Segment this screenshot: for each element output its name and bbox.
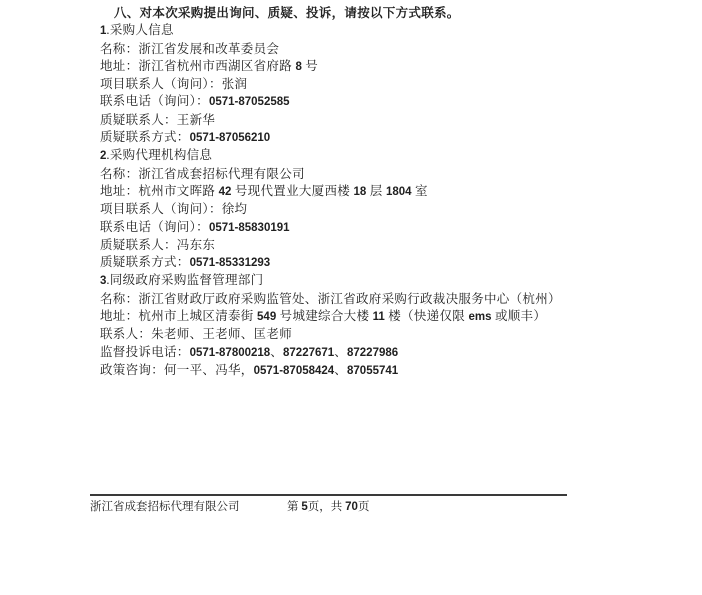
purchaser-project-contact: 项目联系人（询问）：张润 (100, 76, 575, 93)
complaint-phone: 监督投诉电话：0571-87800218、87227671、87227986 (100, 344, 575, 362)
agency-phone: 联系电话（询问）：0571-85830191 (100, 219, 575, 237)
document-page: 八、对本次采购提出询问、质疑、投诉，请按以下方式联系。 1.采购人信息 名称：浙… (0, 0, 702, 595)
purchaser-query-phone: 质疑联系方式：0571-87056210 (100, 129, 575, 147)
page-footer: 浙江省成套招标代理有限公司 第 5页，共 70页 (90, 499, 567, 515)
regulator-contacts: 联系人：朱老师、王老师、匡老师 (100, 326, 575, 343)
section-3-title: 3.同级政府采购监督管理部门 (100, 272, 575, 290)
footer-company-name: 浙江省成套招标代理有限公司 (90, 499, 240, 515)
section-1-title: 1.采购人信息 (100, 22, 575, 40)
purchaser-name: 名称：浙江省发展和改革委员会 (100, 41, 575, 58)
agency-address: 地址：杭州市文晖路 42 号现代置业大厦西楼 18 层 1804 室 (100, 183, 575, 201)
section-heading: 八、对本次采购提出询问、质疑、投诉，请按以下方式联系。 (100, 5, 575, 22)
regulator-name: 名称：浙江省财政厅政府采购监管处、浙江省政府采购行政裁决服务中心（杭州） (100, 291, 575, 308)
agency-query-contact: 质疑联系人：冯东东 (100, 237, 575, 254)
regulator-address: 地址：杭州市上城区清泰街 549 号城建综合大楼 11 楼（快递仅限 ems 或… (100, 308, 575, 326)
footer-divider (90, 494, 567, 496)
purchaser-address: 地址：浙江省杭州市西湖区省府路 8 号 (100, 58, 575, 76)
document-body: 八、对本次采购提出询问、质疑、投诉，请按以下方式联系。 1.采购人信息 名称：浙… (100, 5, 575, 380)
agency-query-phone: 质疑联系方式：0571-85331293 (100, 254, 575, 272)
purchaser-query-contact: 质疑联系人：王新华 (100, 112, 575, 129)
purchaser-phone: 联系电话（询问）：0571-87052585 (100, 93, 575, 111)
policy-consult: 政策咨询：何一平、冯华，0571-87058424、87055741 (100, 362, 575, 380)
agency-name: 名称：浙江省成套招标代理有限公司 (100, 166, 575, 183)
footer-page-number: 第 5页，共 70页 (287, 499, 369, 515)
agency-project-contact: 项目联系人（询问）：徐均 (100, 201, 575, 218)
section-2-title: 2.采购代理机构信息 (100, 147, 575, 165)
